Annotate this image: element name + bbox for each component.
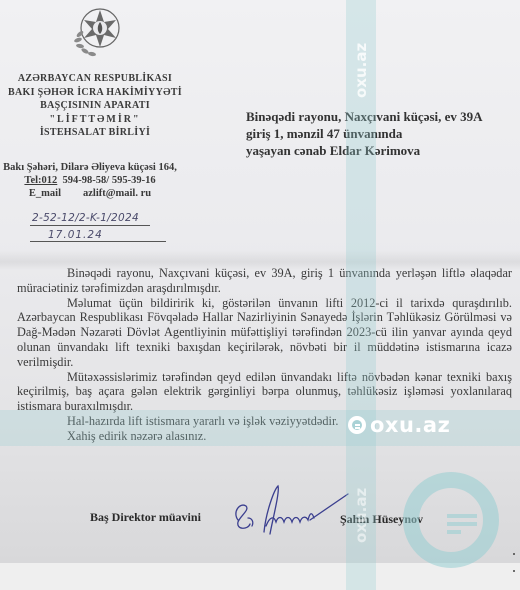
- org-line-country: AZƏRBAYCAN RESPUBLİKASI: [0, 72, 190, 86]
- contact-block: Bakı Şəhəri, Dilarə Əliyeva küçəsi 164, …: [0, 161, 180, 200]
- oxu-logo-icon: [348, 416, 366, 434]
- watermark-ring-icon: [403, 472, 499, 568]
- phone-numbers: 594-98-58/ 595-39-16: [63, 175, 156, 186]
- body-paragraph: Məlumat üçün bildiririk ki, göstərilən ü…: [17, 296, 512, 370]
- org-line-city-authority: BAKI ŞƏHƏR İCRA HAKİMİYYƏTİ: [0, 86, 190, 100]
- addressee-line: Binəqədi rayonu, Naxçıvani küçəsi, ev 39…: [246, 108, 520, 125]
- watermark-vertical-text: oxu.az: [347, 30, 375, 110]
- org-phone: Tel:012 594-98-58/ 595-39-16: [0, 174, 180, 187]
- org-line-union: İSTEHSALAT BİRLİYİ: [0, 126, 190, 140]
- email-value: azlift@mail. ru: [83, 187, 151, 200]
- phone-label: Tel:012: [24, 175, 57, 186]
- watermark-vertical-text: oxu.az: [347, 475, 375, 555]
- addressee-line: yaşayan cənab Eldar Kərimova: [246, 142, 520, 159]
- signatory-title: Baş Direktor müavini: [90, 510, 201, 525]
- addressee-line: giriş 1, mənzil 47 ünvanında: [246, 125, 520, 142]
- watermark-brand: oxu.az: [370, 413, 450, 437]
- org-address: Bakı Şəhəri, Dilarə Əliyeva küçəsi 164,: [0, 161, 180, 174]
- state-emblem-icon: [68, 4, 128, 60]
- addressee-block: Binəqədi rayonu, Naxçıvani küçəsi, ev 39…: [246, 108, 520, 159]
- reference-number: 2-52-12/2-K-1/2024: [30, 212, 150, 226]
- body-paragraph: Binəqədi rayonu, Naxçıvani küçəsi, ev 39…: [17, 266, 512, 296]
- reference-date: 17.01.24: [30, 229, 166, 242]
- org-email: E_mail azlift@mail. ru: [0, 187, 180, 200]
- reference-block: 2-52-12/2-K-1/2024 17.01.24: [30, 212, 150, 242]
- org-line-apparatus: BAŞÇISININ APARATI: [0, 99, 190, 113]
- organization-header: AZƏRBAYCAN RESPUBLİKASI BAKI ŞƏHƏR İCRA …: [0, 72, 190, 140]
- org-line-company: "LİFTTƏMİR": [0, 113, 190, 127]
- watermark-logo: oxu.az: [348, 411, 450, 439]
- handwritten-signature-icon: [230, 482, 350, 542]
- email-label: E_mail: [29, 187, 61, 200]
- body-paragraph: Mütəxəssislərimiz tərəfindən qeyd edilən…: [17, 370, 512, 414]
